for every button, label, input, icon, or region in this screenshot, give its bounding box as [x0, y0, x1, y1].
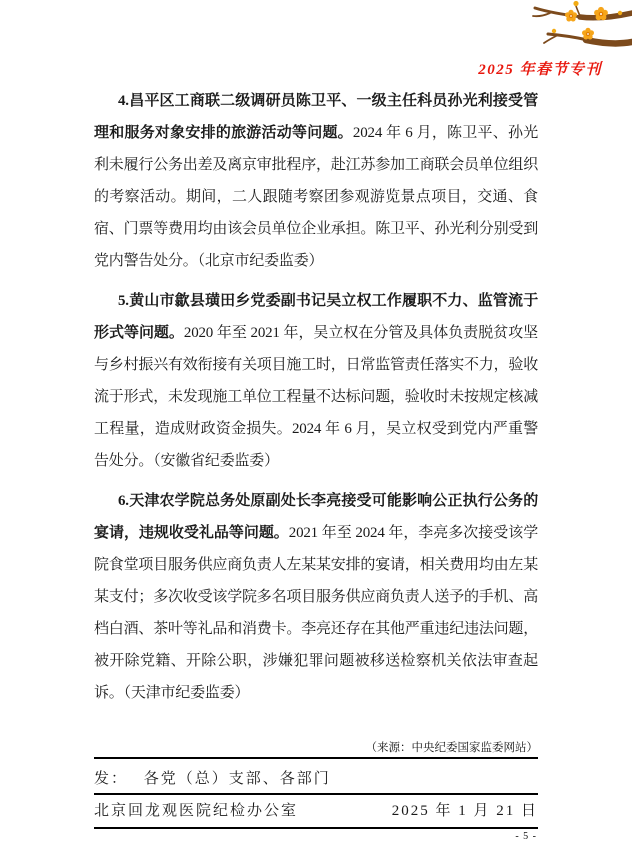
case-4-detail: 2024 年 6 月，陈卫平、孙光利未履行公务出差及离京审批程序，赴江苏参加工商… — [94, 125, 538, 269]
case-6-detail: 2021 年至 2024 年，李亮多次接受该学院食堂项目服务供应商负责人左某某安… — [94, 525, 538, 701]
divider-top — [94, 757, 538, 759]
footer-row: 北京回龙观医院纪检办公室 2025 年 1 月 21 日 — [94, 799, 538, 820]
divider-bottom — [94, 827, 538, 829]
issuing-office: 北京回龙观医院纪检办公室 — [94, 799, 298, 820]
distribution-line: 发： 各党（总）支部、各部门 — [94, 767, 538, 788]
case-paragraph-4: 4.昌平区工商联二级调研员陈卫平、一级主任科员孙光利接受管理和服务对象安排的旅游… — [94, 85, 538, 277]
document-body: 4.昌平区工商联二级调研员陈卫平、一级主任科员孙光利接受管理和服务对象安排的旅游… — [94, 85, 538, 717]
issue-title: 2025 年春节专刊 — [478, 58, 602, 79]
distribution-value: 各党（总）支部、各部门 — [144, 771, 331, 787]
distribution-label: 发： — [94, 771, 128, 787]
divider-middle — [94, 793, 538, 795]
document-page: 2025 年春节专刊 4.昌平区工商联二级调研员陈卫平、一级主任科员孙光利接受管… — [0, 0, 632, 849]
plum-blossom-icon — [530, 0, 632, 56]
issue-date: 2025 年 1 月 21 日 — [392, 799, 538, 820]
case-paragraph-5: 5.黄山市歙县璜田乡党委副书记吴立权工作履职不力、监管流于形式等问题。2020 … — [94, 285, 538, 477]
page-number: - 5 - — [515, 831, 537, 842]
case-paragraph-6: 6.天津农学院总务处原副处长李亮接受可能影响公正执行公务的宴请，违规收受礼品等问… — [94, 485, 538, 709]
source-line: （来源：中央纪委国家监委网站） — [366, 739, 539, 755]
case-5-detail: 2020 年至 2021 年，吴立权在分管及具体负责脱贫攻坚与乡村振兴有效衔接有… — [94, 325, 538, 469]
